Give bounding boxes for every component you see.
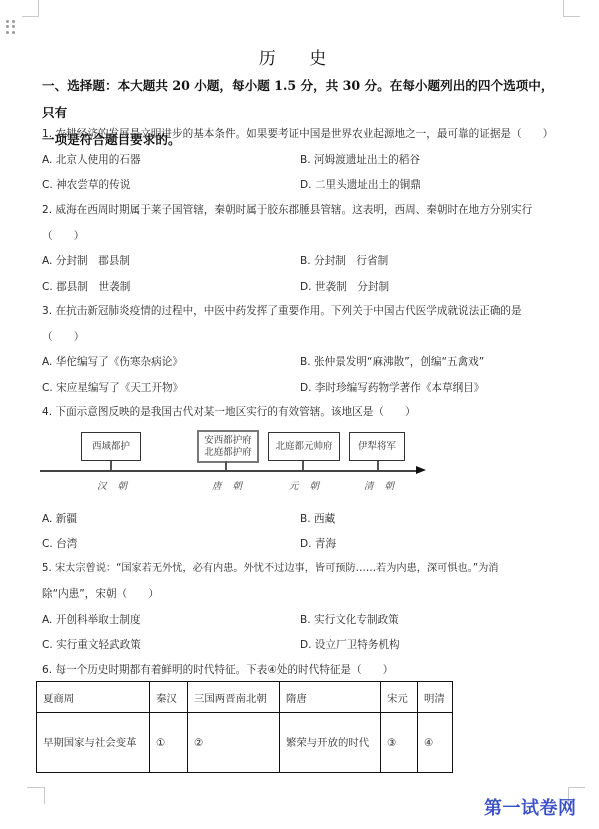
question-3-stem-line2: （ ）: [42, 330, 84, 344]
diagram-label-yuan: 元 朝: [289, 478, 323, 492]
question-1-option-c[interactable]: C. 神农尝草的传说: [42, 178, 130, 192]
era-table-row: 早期国家与社会变革 ① ② 繁荣与开放的时代 ③ ④: [37, 713, 453, 773]
diagram-box-qing: 伊犁将军: [349, 432, 405, 461]
question-4-option-a[interactable]: A. 新疆: [42, 512, 77, 526]
drag-handle-icon[interactable]: [6, 20, 16, 34]
era-table-header-cell: 秦汉: [150, 682, 188, 713]
page-title: 历 史: [0, 44, 599, 69]
era-table: 夏商周 秦汉 三国两晋南北朝 隋唐 宋元 明清 早期国家与社会变革 ① ② 繁荣…: [36, 681, 453, 773]
era-table-header-cell: 三国两晋南北朝: [188, 682, 280, 713]
question-3-option-d[interactable]: D. 李时珍编写药物学著作《本草纲目》: [300, 381, 484, 395]
margin-corner-top-left: [22, 0, 39, 17]
diagram-label-qing: 清 朝: [364, 478, 398, 492]
question-4-option-c[interactable]: C. 台湾: [42, 537, 77, 551]
era-table-cell: ②: [188, 713, 280, 773]
question-5-option-b[interactable]: B. 实行文化专制政策: [300, 613, 399, 627]
question-2-stem-line2: （ ）: [42, 229, 84, 243]
era-table-header-row: 夏商周 秦汉 三国两晋南北朝 隋唐 宋元 明清: [37, 682, 453, 713]
era-table-cell: 繁荣与开放的时代: [280, 713, 381, 773]
era-table-cell: ③: [381, 713, 418, 773]
era-table-header-cell: 明清: [418, 682, 453, 713]
question-3-option-c[interactable]: C. 宋应星编写了《天工开物》: [42, 381, 183, 395]
question-5-option-a[interactable]: A. 开创科举取士制度: [42, 613, 141, 627]
question-2-option-c[interactable]: C. 郡县制 世袭制: [42, 280, 130, 294]
margin-corner-bottom-left: [27, 787, 45, 804]
diagram-box-han-text: 西域都护: [92, 441, 130, 453]
question-2-option-b[interactable]: B. 分封制 行省制: [300, 254, 388, 268]
era-table-cell: ①: [150, 713, 188, 773]
arrow-right-icon: [416, 466, 426, 474]
question-2-stem-line1: 2. 威海在西周时期属于莱子国管辖，秦朝时属于胶东郡腄县管辖。这表明，西周、秦朝…: [42, 203, 532, 217]
question-5-stem-line2: 除“内患”，宋朝（ ）: [42, 587, 159, 601]
era-table-header-cell: 宋元: [381, 682, 418, 713]
question-4-stem: 4. 下面示意图反映的是我国古代对某一地区实行的有效管辖。该地区是（ ）: [42, 405, 416, 419]
era-table-header-cell: 隋唐: [280, 682, 381, 713]
question-5-stem-line1: 5. 宋太宗曾说：“国家若无外忧，必有内患。外忧不过边事，皆可预防……若为内患，…: [42, 562, 498, 576]
diagram-box-han: 西域都护: [81, 432, 141, 461]
question-3-stem-line1: 3. 在抗击新冠肺炎疫情的过程中，中医中药发挥了重要作用。下列关于中国古代医学成…: [42, 304, 522, 318]
question-2-option-d[interactable]: D. 世袭制 分封制: [300, 280, 389, 294]
diagram-label-tang: 唐 朝: [212, 478, 246, 492]
question-1-option-a[interactable]: A. 北京人使用的石器: [42, 153, 141, 167]
question-1-option-d[interactable]: D. 二里头遗址出土的铜鼎: [300, 178, 421, 192]
era-table-cell: ④: [418, 713, 453, 773]
question-2-option-a[interactable]: A. 分封制 郡县制: [42, 254, 130, 268]
question-1-stem: 1. 农耕经济的发展是文明进步的基本条件。如果要考证中国是世界农业起源地之一，最…: [42, 127, 553, 141]
question-6-stem: 6. 每一个历史时期都有着鲜明的时代特征。下表④处的时代特征是（ ）: [42, 663, 393, 677]
diagram-label-han: 汉 朝: [97, 478, 131, 492]
section-header-line1: 一、选择题：本大题共 20 小题，每小题 1.5 分，共 30 分。在每小题列出…: [42, 72, 562, 126]
diagram-box-tang: 安西都护府 北庭都护府: [197, 430, 259, 463]
question-1-option-b[interactable]: B. 河姆渡遗址出土的稻谷: [300, 153, 420, 167]
question-5-option-c[interactable]: C. 实行重文轻武政策: [42, 638, 141, 652]
era-table-header-cell: 夏商周: [37, 682, 150, 713]
margin-corner-top-right: [563, 0, 580, 17]
question-4-option-b[interactable]: B. 西藏: [300, 512, 335, 526]
diagram-box-yuan-text: 北庭都元帅府: [275, 441, 332, 453]
question-5-option-d[interactable]: D. 设立厂卫特务机构: [300, 638, 400, 652]
diagram-box-yuan: 北庭都元帅府: [268, 432, 340, 461]
diagram-box-tang-line1: 安西都护府: [204, 435, 252, 447]
diagram-box-qing-text: 伊犁将军: [358, 441, 396, 453]
era-table-cell: 早期国家与社会变革: [37, 713, 150, 773]
watermark-logo: 第一试卷网: [484, 794, 577, 820]
diagram-box-tang-line2: 北庭都护府: [204, 447, 252, 459]
timeline-axis: [40, 470, 418, 472]
question-3-option-b[interactable]: B. 张仲景发明“麻沸散”，创编“五禽戏”: [300, 355, 484, 369]
question-4-option-d[interactable]: D. 青海: [300, 537, 336, 551]
question-3-option-a[interactable]: A. 华佗编写了《伤寒杂病论》: [42, 355, 183, 369]
timeline-diagram: 西域都护 安西都护府 北庭都护府 北庭都元帅府 伊犁将军 汉 朝 唐 朝 元 朝…: [36, 425, 436, 497]
